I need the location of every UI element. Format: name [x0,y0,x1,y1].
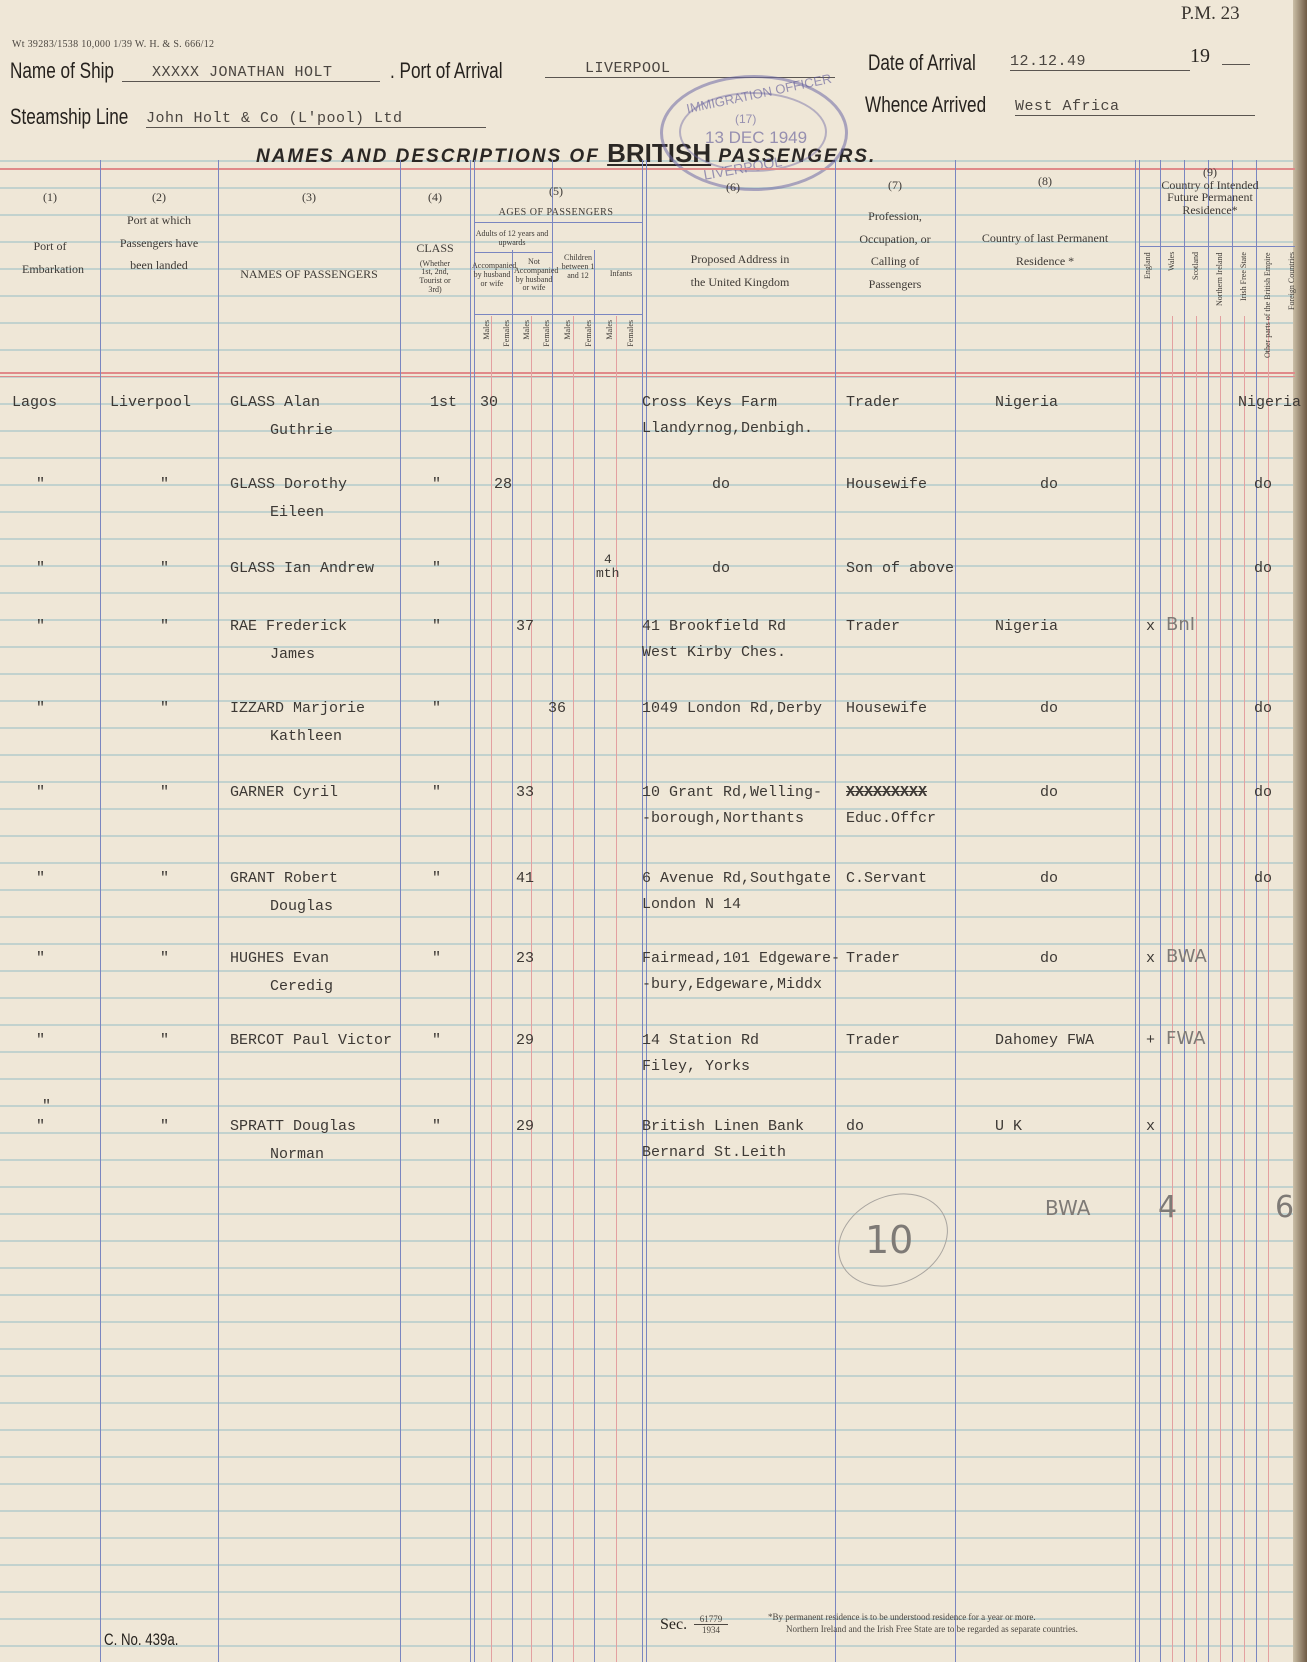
proposed-address: 14 Station Rd [642,1032,759,1049]
occupation: Housewife [846,476,927,493]
future-residence: do [1254,784,1272,801]
col3-header: (3) NAMES OF PASSENGERS [218,186,400,286]
landing-port: " [160,476,169,493]
proposed-address: 6 Avenue Rd,Southgate [642,870,831,887]
proposed-address: do [712,476,730,493]
page-edge [1293,0,1307,1662]
line-value: John Holt & Co (L'pool) Ltd [146,110,486,128]
passenger-given-names: Eileen [270,504,324,521]
occupation: Trader [846,618,900,635]
landing-port: " [160,1032,169,1049]
total-count: 10 [865,1218,913,1262]
passenger-class: " [432,1032,441,1049]
embarkation-port: " [36,870,45,887]
future-residence: do [1254,870,1272,887]
footnote-2: Northern Ireland and the Irish Free Stat… [786,1624,1078,1634]
future-residence: do [1254,476,1272,493]
future-residence: do [1254,560,1272,577]
landing-port: " [160,870,169,887]
proposed-address: British Linen Bank [642,1118,804,1135]
whence-label: Whence Arrived [865,92,986,118]
females-subheader: Females [542,320,551,347]
col9-sub-scotland: Scotland [1191,252,1200,364]
date-value: 12.12.49 [1010,53,1190,71]
col8-header: (8) Country of last Permanent Residence … [955,170,1135,272]
passenger-given-names: James [270,646,315,663]
col1-header: (1) Port of Embarkation [0,186,100,280]
females-subheader: Females [502,320,511,347]
proposed-address: 41 Brookfield Rd [642,618,786,635]
embarkation-port: " [36,1118,45,1135]
col5-header: (5) AGES OF PASSENGERS [470,180,642,222]
whence-value: West Africa [1015,98,1255,116]
proposed-address-line2: Bernard St.Leith [642,1144,786,1161]
sec-label: Sec. [660,1616,687,1634]
line-label: Steamship Line [10,104,128,130]
last-residence: do [1040,784,1058,801]
males-subheader: Males [605,320,614,340]
occupation: Trader [846,950,900,967]
embarkation-port: " [36,700,45,717]
col9-sub-other-parts-of-the-british-empire: Other parts of the British Empire [1263,252,1272,364]
proposed-address: Cross Keys Farm [642,394,777,411]
passenger-name: BERCOT Paul Victor [230,1032,392,1049]
females-subheader: Females [584,320,593,347]
ship-label: Name of Ship [10,58,114,84]
passenger-class: " [432,700,441,717]
col6-number: (6) [726,180,740,195]
passenger-age: 36 [548,700,566,717]
passenger-class: " [432,618,441,635]
proposed-address-line2: -bury,Edgeware,Middx [642,976,822,993]
passenger-class: " [432,560,441,577]
proposed-address-line2: West Kirby Ches. [642,644,786,661]
col9-sub-irish-free-state: Irish Free State [1239,252,1248,364]
future-residence: Nigeria [1238,394,1301,411]
passenger-age: 23 [516,950,534,967]
passenger-name: SPRATT Douglas [230,1118,356,1135]
occupation: Housewife [846,700,927,717]
port-label: . Port of Arrival [390,58,503,84]
last-residence: do [1040,476,1058,493]
passenger-class: " [432,476,441,493]
passenger-age: 29 [516,1118,534,1135]
last-residence: Nigeria [995,618,1058,635]
col9-header: (9) Country of Intended Future Permanent… [1135,166,1285,216]
bwa-label: BWA [1045,1196,1090,1220]
last-residence: Dahomey FWA [995,1032,1094,1049]
landing-port: " [160,1118,169,1135]
passenger-name: RAE Frederick [230,618,347,635]
footnote-1: *By permanent residence is to be underst… [768,1612,1036,1622]
passenger-age: 37 [516,618,534,635]
embarkation-port: " [36,950,45,967]
proposed-address-line2: London N 14 [642,896,741,913]
col9-sub-wales: Wales [1167,252,1176,364]
embarkation-port: " [36,1032,45,1049]
occupation: Son of above [846,560,954,577]
passenger-class: " [432,950,441,967]
passenger-name: GRANT Robert [230,870,338,887]
future-residence: x [1146,618,1155,635]
passenger-name: GLASS Dorothy [230,476,347,493]
foreign-count: 6 [1275,1190,1294,1225]
embarkation-port: " [36,618,45,635]
passenger-given-names: Guthrie [270,422,333,439]
year-prefix: 19 [1190,45,1210,68]
future-residence: x [1146,1118,1155,1135]
c5-accomp: Accompanied by husband or wife [472,262,512,288]
passenger-class: 1st [430,394,457,411]
embarkation-port: Lagos [12,394,57,411]
col9-sub-england: England [1143,252,1152,364]
col4-header: (4) CLASS (Whether 1st, 2nd, Tourist or … [400,186,470,295]
embarkation-port: " [36,784,45,801]
c5-notaccomp: Not Accompanied by husband or wife [514,258,554,293]
occupation-line2: Educ.Offcr [846,810,936,827]
passenger-name: GLASS Ian Andrew [230,560,374,577]
col9-sub-foreign-countries: Foreign Countries [1287,252,1296,364]
date-label: Date of Arrival [868,50,976,76]
occupation: C.Servant [846,870,927,887]
embarkation-port: " [36,560,45,577]
passenger-given-names: Kathleen [270,728,342,745]
passenger-age: 33 [516,784,534,801]
proposed-address: 10 Grant Rd,Welling- [642,784,822,801]
occupation: XXXXXXXXX [846,784,927,801]
c5-children: Children between 1 and 12 [556,254,600,280]
last-residence: Nigeria [995,394,1058,411]
occupation: Trader [846,394,900,411]
passenger-age: 41 [516,870,534,887]
port-value: LIVERPOOL [545,60,835,78]
last-residence: do [1040,950,1058,967]
year-blank [1222,64,1250,65]
passenger-given-names: Norman [270,1146,324,1163]
passenger-age: 30 [480,394,498,411]
landing-port: " [160,950,169,967]
passenger-age: 29 [516,1032,534,1049]
c5-infants: Infants [600,270,642,279]
passenger-age: 4 [604,552,612,567]
embarkation-port: " [36,476,45,493]
proposed-address: 1049 London Rd,Derby [642,700,822,717]
occupation: do [846,1118,864,1135]
males-subheader: Males [563,320,572,340]
last-residence: U K [995,1118,1022,1135]
col9-sub-northern-ireland: Northern Ireland [1215,252,1224,364]
future-residence: + [1146,1032,1155,1049]
future-residence: x [1146,950,1155,967]
col7-header: (7) Profession, Occupation, or Calling o… [835,174,955,296]
handwritten-annotation: BWA [1166,946,1207,967]
passenger-age: 28 [494,476,512,493]
males-subheader: Males [522,320,531,340]
form-number: C. No. 439a. [104,1630,178,1650]
col2-header: (2) Port at which Passengers have been l… [100,186,218,277]
landing-port: Liverpool [110,394,191,411]
header-bottom-rule [0,372,1295,374]
landing-port: " [160,700,169,717]
last-residence: do [1040,870,1058,887]
proposed-address: Fairmead,101 Edgeware- [642,950,840,967]
landing-port: " [160,618,169,635]
passenger-class: " [432,1118,441,1135]
c5-adults: Adults of 12 years and upwards [472,230,552,248]
passenger-age-unit: mth [596,566,619,581]
passenger-class: " [432,784,441,801]
occupation: Trader [846,1032,900,1049]
proposed-address-line2: Filey, Yorks [642,1058,750,1075]
future-residence: do [1254,700,1272,717]
landing-port: " [160,560,169,577]
col6-header: Proposed Address in the United Kingdom [645,248,835,294]
proposed-address: do [712,560,730,577]
last-residence: do [1040,700,1058,717]
passenger-name: IZZARD Marjorie [230,700,365,717]
proposed-address-line2: -borough,Northants [642,810,804,827]
handwritten-annotation: FWA [1166,1028,1205,1049]
males-subheader: Males [482,320,491,340]
ship-value: XXXXX JONATHAN HOLT [122,64,380,82]
passenger-name: HUGHES Evan [230,950,329,967]
passenger-class: " [432,870,441,887]
ditto-mark: " [42,1098,51,1115]
sec-reference: 61779 1934 [694,1614,728,1635]
immigration-stamp: IMMIGRATION OFFICER (17) 13 DEC 1949 LIV… [660,75,848,191]
passenger-given-names: Douglas [270,898,333,915]
females-subheader: Females [626,320,635,347]
passenger-name: GLASS Alan [230,394,320,411]
form-code: P.M. 23 [1181,3,1240,25]
england-count: 4 [1158,1190,1177,1225]
passenger-given-names: Ceredig [270,978,333,995]
passenger-name: GARNER Cyril [230,784,338,801]
handwritten-annotation: BnI [1166,614,1195,635]
landing-port: " [160,784,169,801]
proposed-address-line2: Llandyrnog,Denbigh. [642,420,813,437]
printer-line: Wt 39283/1538 10,000 1/39 W. H. & S. 666… [12,39,214,50]
